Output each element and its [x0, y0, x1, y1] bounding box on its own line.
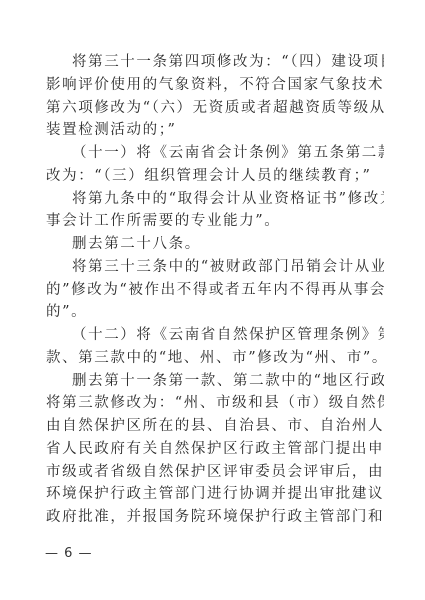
text-line: 事会计工作所需要的专业能力”。 — [46, 210, 384, 233]
text-line: 的”。 — [46, 301, 384, 324]
text-line: 装置检测活动的；” — [46, 119, 384, 142]
text-line: 将第三十一条第四项修改为：“（四）建设项目大气环境 — [46, 51, 384, 74]
text-line: 款、第三款中的“地、州、市”修改为“州、市”。 — [46, 347, 384, 370]
text-line: 删去第二十八条。 — [46, 233, 384, 256]
text-line: （十一）将《云南省会计条例》第五条第二款第三项修 — [46, 142, 384, 165]
text-line: 省人民政府有关自然保护区行政主管部门提出申请，经州、 — [46, 438, 384, 461]
text-line: 影响评价使用的气象资料，不符合国家气象技术标准的；”将 — [46, 74, 384, 97]
text-line: 将第九条中的“取得会计从业资格证书”修改为“具备从 — [46, 188, 384, 211]
text-line: 的”修改为“被作出不得或者五年内不得再从事会计工作决定 — [46, 279, 384, 302]
text-line: （十二）将《云南省自然保护区管理条例》第十条第一 — [46, 324, 384, 347]
text-line: 环境保护行政主管部门进行协调并提出审批建议，报省人民 — [46, 483, 384, 506]
text-line: 将第三款修改为：“州、市级和县（市）级自然保护区的建立， — [46, 392, 384, 415]
document-body: 将第三十一条第四项修改为：“（四）建设项目大气环境 影响评价使用的气象资料，不符… — [46, 51, 384, 529]
document-page: 将第三十一条第四项修改为：“（四）建设项目大气环境 影响评价使用的气象资料，不符… — [0, 0, 425, 600]
text-line: 由自然保护区所在的县、自治县、市、自治州人民政府或者 — [46, 415, 384, 438]
text-line: 将第三十三条中的“被财政部门吊销会计从业资格证书 — [46, 256, 384, 279]
text-line: 第六项修改为“（六）无资质或者超越资质等级从事雷电防护 — [46, 97, 384, 120]
text-line: 删去第十一条第一款、第二款中的“地区行政公署”，并 — [46, 370, 384, 393]
text-line: 改为：“（三）组织管理会计人员的继续教育；” — [46, 165, 384, 188]
page-number: — 6 — — [45, 546, 93, 561]
text-line: 市级或者省级自然保护区评审委员会评审后，由省人民政府 — [46, 461, 384, 484]
text-line: 政府批准，并报国务院环境保护行政主管部门和国务院有关 — [46, 506, 384, 529]
